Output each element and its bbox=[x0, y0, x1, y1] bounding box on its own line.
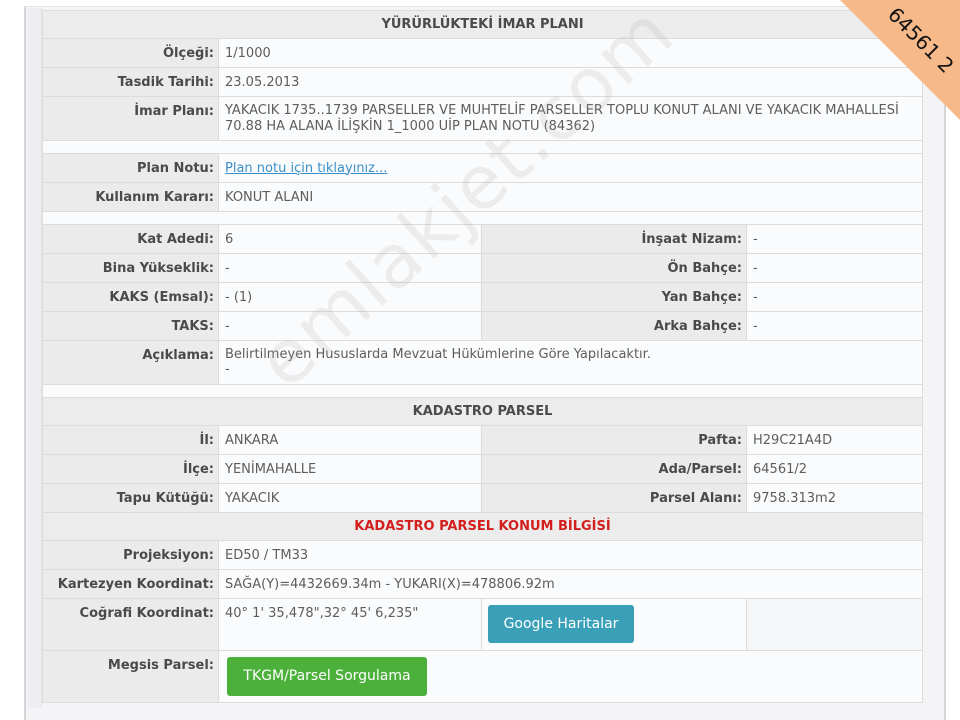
label-ada-parsel: Ada/Parsel: bbox=[482, 455, 747, 484]
table-row: Açıklama: Belirtilmeyen Hususlarda Mevzu… bbox=[43, 341, 923, 385]
empty-cell bbox=[747, 599, 923, 651]
section-header-konum: KADASTRO PARSEL KONUM BİLGİSİ bbox=[43, 513, 923, 541]
value-arka-bahce: - bbox=[747, 312, 923, 341]
spacer bbox=[43, 212, 923, 225]
value-bina-yukseklik: - bbox=[219, 254, 482, 283]
label-tapu-kutugu: Tapu Kütüğü: bbox=[43, 484, 219, 513]
spacer-row bbox=[43, 212, 923, 225]
table-row: İlçe: YENİMAHALLE Ada/Parsel: 64561/2 bbox=[43, 455, 923, 484]
label-arka-bahce: Arka Bahçe: bbox=[482, 312, 747, 341]
table-row: İmar Planı: YAKACIK 1735..1739 PARSELLER… bbox=[43, 97, 923, 141]
aciklama-line-1: Belirtilmeyen Hususlarda Mevzuat Hükümle… bbox=[225, 347, 916, 362]
label-kullanim-karari: Kullanım Kararı: bbox=[43, 183, 219, 212]
label-cografi: Coğrafi Koordinat: bbox=[43, 599, 219, 651]
aciklama-line-2: - bbox=[225, 362, 916, 377]
google-maps-cell: Google Haritalar bbox=[482, 599, 747, 651]
label-yan-bahce: Yan Bahçe: bbox=[482, 283, 747, 312]
value-il: ANKARA bbox=[219, 426, 482, 455]
table-row: Megsis Parsel: TKGM/Parsel Sorgulama bbox=[43, 651, 923, 703]
label-kartezyen: Kartezyen Koordinat: bbox=[43, 570, 219, 599]
table-row: Kat Adedi: 6 İnşaat Nizam: - bbox=[43, 225, 923, 254]
section-title-imar: YÜRÜRLÜKTEKİ İMAR PLANI bbox=[43, 11, 923, 39]
section-header-imar: YÜRÜRLÜKTEKİ İMAR PLANI bbox=[43, 11, 923, 39]
table-row: Plan Notu: Plan notu için tıklayınız... bbox=[43, 154, 923, 183]
value-ilce: YENİMAHALLE bbox=[219, 455, 482, 484]
label-plan-notu: Plan Notu: bbox=[43, 154, 219, 183]
value-kat-adedi: 6 bbox=[219, 225, 482, 254]
parcel-info-table: YÜRÜRLÜKTEKİ İMAR PLANI Ölçeği: 1/1000 T… bbox=[42, 10, 923, 703]
label-parsel-alani: Parsel Alanı: bbox=[482, 484, 747, 513]
section-header-kadastro: KADASTRO PARSEL bbox=[43, 398, 923, 426]
value-kartezyen: SAĞA(Y)=4432669.34m - YUKARI(X)=478806.9… bbox=[219, 570, 923, 599]
label-kaks: KAKS (Emsal): bbox=[43, 283, 219, 312]
table-row: Bina Yükseklik: - Ön Bahçe: - bbox=[43, 254, 923, 283]
label-on-bahce: Ön Bahçe: bbox=[482, 254, 747, 283]
plan-notu-link[interactable]: Plan notu için tıklayınız... bbox=[225, 161, 387, 176]
value-taks: - bbox=[219, 312, 482, 341]
spacer bbox=[43, 141, 923, 154]
label-projeksiyon: Projeksiyon: bbox=[43, 541, 219, 570]
table-row: Kartezyen Koordinat: SAĞA(Y)=4432669.34m… bbox=[43, 570, 923, 599]
inner-strip bbox=[28, 8, 42, 708]
table-row: Tasdik Tarihi: 23.05.2013 bbox=[43, 68, 923, 97]
value-yan-bahce: - bbox=[747, 283, 923, 312]
label-megsis: Megsis Parsel: bbox=[43, 651, 219, 703]
label-taks: TAKS: bbox=[43, 312, 219, 341]
value-megsis: TKGM/Parsel Sorgulama bbox=[219, 651, 923, 703]
value-ada-parsel: 64561/2 bbox=[747, 455, 923, 484]
section-title-konum: KADASTRO PARSEL KONUM BİLGİSİ bbox=[43, 513, 923, 541]
value-tapu-kutugu: YAKACIK bbox=[219, 484, 482, 513]
table-row: Coğrafi Koordinat: 40° 1' 35,478",32° 45… bbox=[43, 599, 923, 651]
value-imar-plani: YAKACIK 1735..1739 PARSELLER VE MUHTELİF… bbox=[219, 97, 923, 141]
spacer-row bbox=[43, 141, 923, 154]
label-aciklama: Açıklama: bbox=[43, 341, 219, 385]
table-row: Tapu Kütüğü: YAKACIK Parsel Alanı: 9758.… bbox=[43, 484, 923, 513]
value-kaks: - (1) bbox=[219, 283, 482, 312]
tkgm-parsel-sorgulama-button[interactable]: TKGM/Parsel Sorgulama bbox=[227, 657, 427, 696]
value-projeksiyon: ED50 / TM33 bbox=[219, 541, 923, 570]
value-kullanim-karari: KONUT ALANI bbox=[219, 183, 923, 212]
value-parsel-alani: 9758.313m2 bbox=[747, 484, 923, 513]
label-bina-yukseklik: Bina Yükseklik: bbox=[43, 254, 219, 283]
value-plan-notu: Plan notu için tıklayınız... bbox=[219, 154, 923, 183]
label-kat-adedi: Kat Adedi: bbox=[43, 225, 219, 254]
label-ilce: İlçe: bbox=[43, 455, 219, 484]
section-title-kadastro: KADASTRO PARSEL bbox=[43, 398, 923, 426]
table-row: Kullanım Kararı: KONUT ALANI bbox=[43, 183, 923, 212]
value-cografi: 40° 1' 35,478",32° 45' 6,235" bbox=[219, 599, 482, 651]
label-imar-plani: İmar Planı: bbox=[43, 97, 219, 141]
label-pafta: Pafta: bbox=[482, 426, 747, 455]
table-row: TAKS: - Arka Bahçe: - bbox=[43, 312, 923, 341]
value-tasdik-tarihi: 23.05.2013 bbox=[219, 68, 923, 97]
label-insaat-nizam: İnşaat Nizam: bbox=[482, 225, 747, 254]
value-aciklama: Belirtilmeyen Hususlarda Mevzuat Hükümle… bbox=[219, 341, 923, 385]
value-insaat-nizam: - bbox=[747, 225, 923, 254]
table-row: Projeksiyon: ED50 / TM33 bbox=[43, 541, 923, 570]
label-il: İl: bbox=[43, 426, 219, 455]
label-tasdik-tarihi: Tasdik Tarihi: bbox=[43, 68, 219, 97]
google-maps-button[interactable]: Google Haritalar bbox=[488, 605, 634, 643]
value-on-bahce: - bbox=[747, 254, 923, 283]
table-row: KAKS (Emsal): - (1) Yan Bahçe: - bbox=[43, 283, 923, 312]
value-olcegi: 1/1000 bbox=[219, 39, 923, 68]
table-row: İl: ANKARA Pafta: H29C21A4D bbox=[43, 426, 923, 455]
spacer-row bbox=[43, 385, 923, 398]
value-pafta: H29C21A4D bbox=[747, 426, 923, 455]
spacer bbox=[43, 385, 923, 398]
table-row: Ölçeği: 1/1000 bbox=[43, 39, 923, 68]
label-olcegi: Ölçeği: bbox=[43, 39, 219, 68]
